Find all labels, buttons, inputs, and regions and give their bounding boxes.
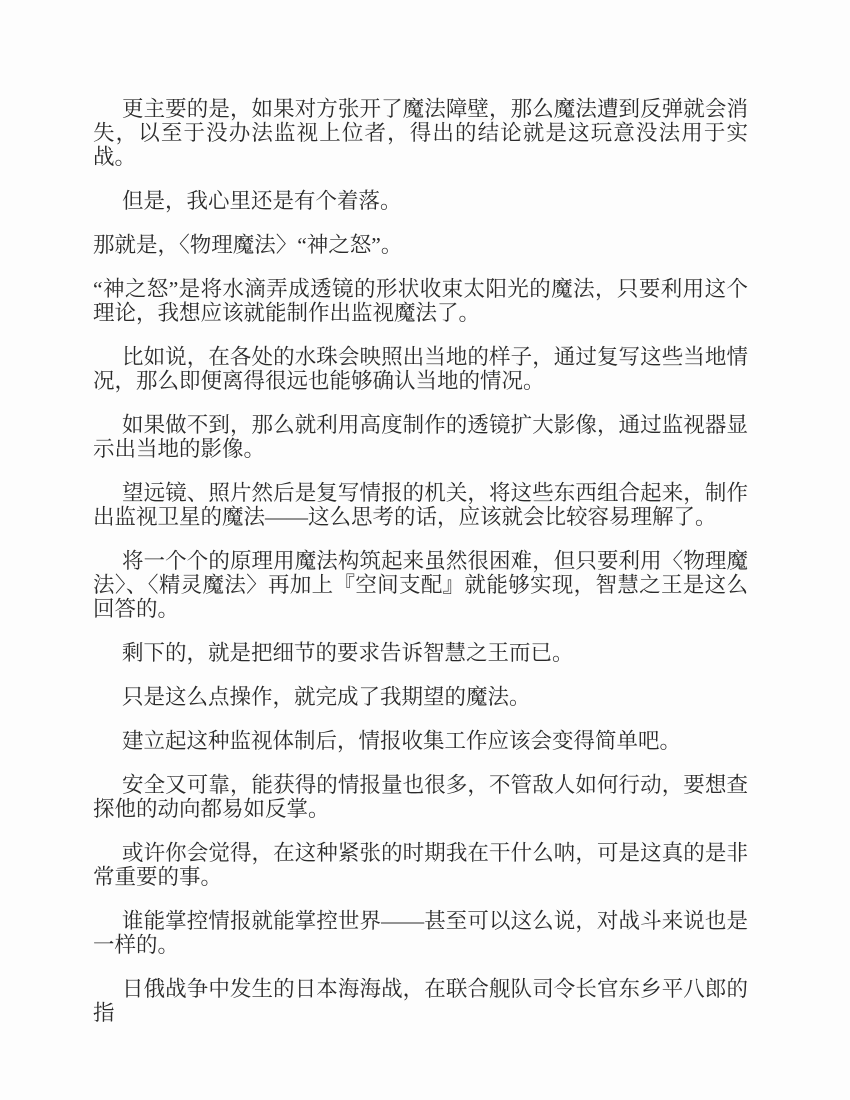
paragraph: 只是这么点操作，就完成了我期望的魔法。 (93, 685, 748, 709)
paragraph: 比如说，在各处的水珠会映照出当地的样子，通过复写这些当地情况，那么即便离得很远也… (93, 345, 748, 393)
paragraph: “神之怒”是将水滴弄成透镜的形状收束太阳光的魔法，只要利用这个理论，我想应该就能… (93, 277, 748, 325)
paragraph: 安全又可靠，能获得的情报量也很多，不管敌人如何行动，要想查探他的动向都易如反掌。 (93, 773, 748, 821)
paragraph: 谁能掌控情报就能掌控世界——甚至可以这么说，对战斗来说也是一样的。 (93, 909, 748, 957)
paragraph: 建立起这种监视体制后，情报收集工作应该会变得简单吧。 (93, 729, 748, 753)
paragraph: 将一个个的原理用魔法构筑起来虽然很困难，但只要利用〈物理魔法〉、〈精灵魔法〉再加… (93, 549, 748, 621)
paragraph: 那就是，〈物理魔法〉“神之怒”。 (93, 233, 748, 257)
paragraph: 或许你会觉得，在这种紧张的时期我在干什么呐，可是这真的是非常重要的事。 (93, 841, 748, 889)
text-content: 更主要的是，如果对方张开了魔法障壁，那么魔法遭到反弹就会消失，以至于没办法监视上… (93, 97, 748, 1045)
paragraph: 剩下的，就是把细节的要求告诉智慧之王而已。 (93, 641, 748, 665)
paragraph: 日俄战争中发生的日本海海战，在联合舰队司令长官东乡平八郎的指 (93, 977, 748, 1025)
paragraph: 如果做不到，那么就利用高度制作的透镜扩大影像，通过监视器显示出当地的影像。 (93, 413, 748, 461)
paragraph: 但是，我心里还是有个着落。 (93, 189, 748, 213)
paragraph: 望远镜、照片然后是复写情报的机关，将这些东西组合起来，制作出监视卫星的魔法——这… (93, 481, 748, 529)
paragraph: 更主要的是，如果对方张开了魔法障壁，那么魔法遭到反弹就会消失，以至于没办法监视上… (93, 97, 748, 169)
ebook-page: 更主要的是，如果对方张开了魔法障壁，那么魔法遭到反弹就会消失，以至于没办法监视上… (0, 0, 850, 1100)
